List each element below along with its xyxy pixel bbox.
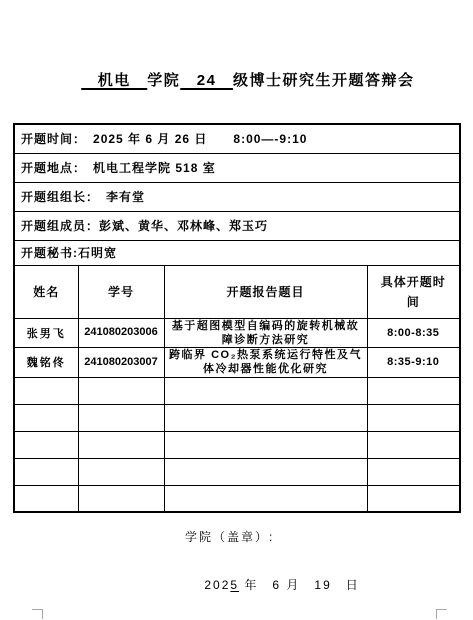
date-underlined-digit: 5 xyxy=(230,578,239,592)
info-row-time: 开题时间： 2025 年 6 月 26 日 8:00—-9:10 xyxy=(14,124,460,153)
column-header-name: 姓名 xyxy=(14,265,78,318)
info-row-secretary: 开题秘书:石明宽 xyxy=(14,240,460,265)
info-value: 2025 年 6 月 26 日 8:00—-9:10 xyxy=(80,132,307,146)
student-time-slot: 8:35-9:10 xyxy=(367,347,460,377)
empty-row xyxy=(14,431,460,458)
info-row-location: 开题地点： 机电工程学院 518 室 xyxy=(14,153,460,182)
info-value: 机电工程学院 518 室 xyxy=(80,161,216,175)
info-row-members: 开题组成员：彭斌、黄华、邓林峰、郑玉巧 xyxy=(14,211,460,240)
info-row-chair: 开题组组长： 李有堂 xyxy=(14,182,460,211)
empty-cell xyxy=(367,485,460,512)
info-cell-location: 开题地点： 机电工程学院 518 室 xyxy=(14,153,460,182)
empty-cell xyxy=(78,377,164,404)
empty-cell xyxy=(164,458,367,485)
defense-schedule-table: 开题时间： 2025 年 6 月 26 日 8:00—-9:10 开题地点： 机… xyxy=(13,123,461,513)
empty-cell xyxy=(14,431,78,458)
info-label: 开题秘书: xyxy=(21,246,78,260)
empty-cell xyxy=(367,404,460,431)
college-stamp-label: 学院（盖章）: xyxy=(185,530,473,545)
info-value: 李有堂 xyxy=(93,190,145,204)
empty-cell xyxy=(78,404,164,431)
empty-cell xyxy=(367,431,460,458)
empty-cell xyxy=(367,458,460,485)
column-header-topic: 开题报告题目 xyxy=(164,265,367,318)
column-header-student-id: 学号 xyxy=(78,265,164,318)
empty-row xyxy=(14,377,460,404)
empty-cell xyxy=(14,458,78,485)
empty-cell xyxy=(367,377,460,404)
title-college-suffix: 学院 xyxy=(147,72,180,89)
info-cell-secretary: 开题秘书:石明宽 xyxy=(14,240,460,265)
title-blank-college: 机电 xyxy=(81,72,147,89)
info-label: 开题时间： xyxy=(21,132,80,146)
info-cell-members: 开题组成员：彭斌、黄华、邓林峰、郑玉巧 xyxy=(14,211,460,240)
student-name: 张男飞 xyxy=(14,318,78,347)
empty-cell xyxy=(78,458,164,485)
student-name: 魏铭佟 xyxy=(14,347,78,377)
empty-cell xyxy=(14,485,78,512)
info-value: 石明宽 xyxy=(78,246,117,260)
date-suffix: 年 6 月 19 日 xyxy=(239,578,360,592)
empty-cell xyxy=(164,485,367,512)
empty-row xyxy=(14,458,460,485)
student-topic: 基于超图模型自编码的旋转机械故障诊断方法研究 xyxy=(164,318,367,347)
student-topic: 跨临界 CO₂热泵系统运行特性及气体冷却器性能优化研究 xyxy=(164,347,367,377)
empty-cell xyxy=(14,377,78,404)
roster-header-row: 姓名 学号 开题报告题目 具体开题时间 xyxy=(14,265,460,318)
student-row: 张男飞 241080203006 基于超图模型自编码的旋转机械故障诊断方法研究 … xyxy=(14,318,460,347)
info-cell-time: 开题时间： 2025 年 6 月 26 日 8:00—-9:10 xyxy=(14,124,460,153)
title-main-text: 级博士研究生开题答辩会 xyxy=(233,72,415,89)
student-id: 241080203006 xyxy=(78,318,164,347)
title-blank-grade: 24 xyxy=(180,72,233,89)
student-time-slot: 8:00-8:35 xyxy=(367,318,460,347)
student-id: 241080203007 xyxy=(78,347,164,377)
empty-row xyxy=(14,404,460,431)
signature-date: 2025 年 6 月 19 日 xyxy=(183,563,473,608)
empty-row xyxy=(14,485,460,512)
student-row: 魏铭佟 241080203007 跨临界 CO₂热泵系统运行特性及气体冷却器性能… xyxy=(14,347,460,377)
column-header-time-slot: 具体开题时间 xyxy=(367,265,460,318)
empty-cell xyxy=(78,431,164,458)
empty-cell xyxy=(164,431,367,458)
info-label: 开题组成员： xyxy=(21,219,99,233)
empty-cell xyxy=(78,485,164,512)
page-margin-mark-left xyxy=(32,609,43,619)
page-margin-mark-right xyxy=(436,609,447,619)
empty-cell xyxy=(14,404,78,431)
page-title: 机电 学院 24 级博士研究生开题答辩会 xyxy=(0,0,473,114)
date-prefix: 202 xyxy=(204,578,230,592)
empty-cell xyxy=(164,377,367,404)
info-cell-chair: 开题组组长： 李有堂 xyxy=(14,182,460,211)
info-value: 彭斌、黄华、邓林峰、郑玉巧 xyxy=(99,219,268,233)
info-label: 开题地点： xyxy=(21,161,80,175)
document-page: 机电 学院 24 级博士研究生开题答辩会 开题时间： 2025 年 6 月 26… xyxy=(0,0,473,620)
empty-cell xyxy=(164,404,367,431)
info-label: 开题组组长： xyxy=(21,190,93,204)
